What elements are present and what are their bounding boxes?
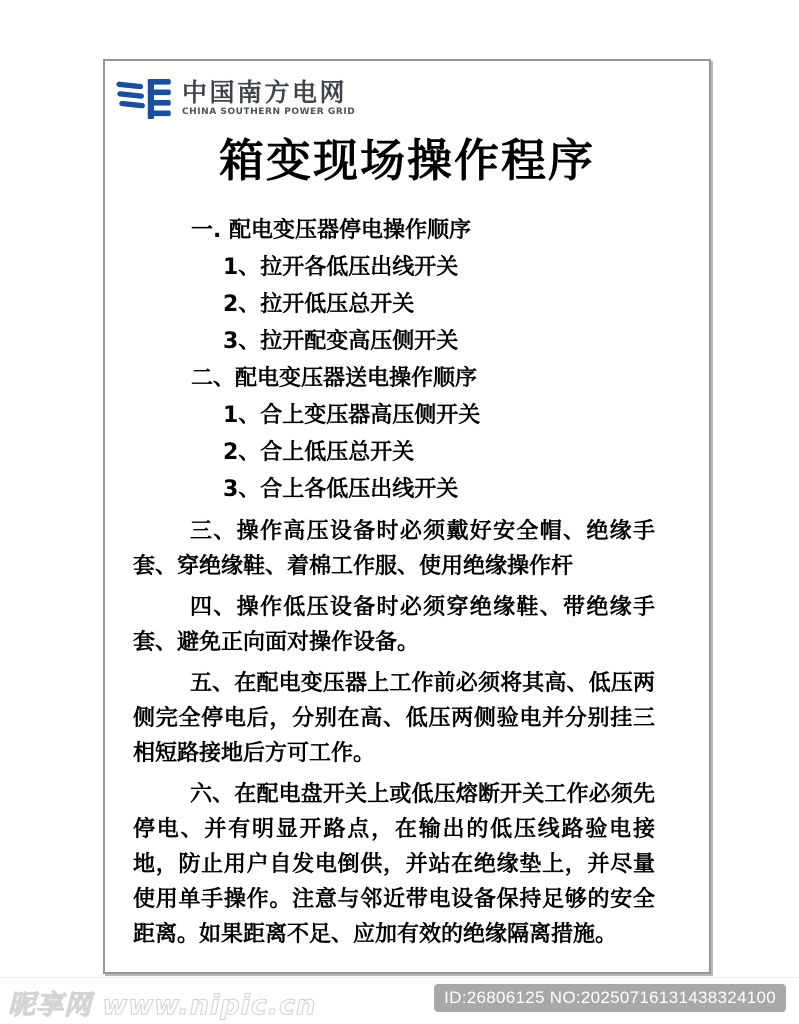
brand-name-en: CHINA SOUTHERN POWER GRID	[182, 108, 355, 117]
footer-strip: 昵享网 www.nipic.cn ID:26806125 NO:20250716…	[0, 977, 799, 1024]
nipic-watermark: 昵享网 www.nipic.cn	[8, 983, 316, 1022]
list-item: 3、拉开配变高压侧开关	[133, 323, 655, 360]
section-2-heading: 二、配电变压器送电操作顺序	[133, 360, 655, 397]
section-1: 一. 配电变压器停电操作顺序 1、拉开各低压出线开关 2、拉开低压总开关 3、拉…	[133, 212, 655, 360]
brand-name-cn: 中国南方电网	[182, 80, 355, 106]
poster-page: 中国南方电网 CHINA SOUTHERN POWER GRID 箱变现场操作程…	[103, 59, 711, 974]
section-3-paragraph: 三、操作高压设备时必须戴好安全帽、绝缘手套、穿绝缘鞋、着棉工作服、使用绝缘操作杆	[133, 514, 655, 584]
list-item: 1、合上变压器高压侧开关	[133, 397, 655, 434]
image-id-badge: ID:26806125 NO:20250716131438324100	[434, 984, 786, 1012]
list-item: 1、拉开各低压出线开关	[133, 249, 655, 286]
section-5-paragraph: 五、在配电变压器上工作前必须将其高、低压两侧完全停电后，分别在高、低压两侧验电并…	[133, 666, 655, 771]
page-title: 箱变现场操作程序	[105, 135, 709, 187]
procedure-body: 一. 配电变压器停电操作顺序 1、拉开各低压出线开关 2、拉开低压总开关 3、拉…	[105, 187, 709, 952]
section-4-paragraph: 四、操作低压设备时必须穿绝缘鞋、带绝缘手套、避免正向面对操作设备。	[133, 590, 655, 660]
list-item: 2、拉开低压总开关	[133, 286, 655, 323]
brand-text: 中国南方电网 CHINA SOUTHERN POWER GRID	[182, 80, 355, 118]
section-1-heading: 一. 配电变压器停电操作顺序	[133, 212, 655, 249]
section-6-paragraph: 六、在配电盘开关上或低压熔断开关工作必须先停电、并有明显开路点，在输出的低压线路…	[133, 777, 655, 952]
list-item: 3、合上各低压出线开关	[133, 471, 655, 508]
brand-header: 中国南方电网 CHINA SOUTHERN POWER GRID	[115, 78, 709, 120]
list-item: 2、合上低压总开关	[133, 434, 655, 471]
csg-logo-icon	[115, 78, 173, 120]
section-2: 二、配电变压器送电操作顺序 1、合上变压器高压侧开关 2、合上低压总开关 3、合…	[133, 360, 655, 508]
